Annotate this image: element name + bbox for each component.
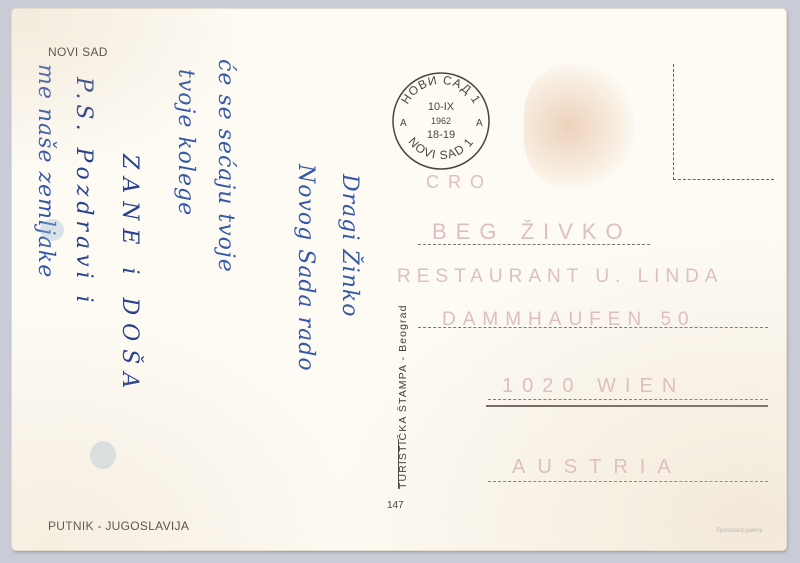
svg-text:1962: 1962 <box>431 116 451 126</box>
message-line-2: će se sećaju tvoje <box>213 59 238 273</box>
svg-text:18-19: 18-19 <box>427 129 455 141</box>
message-line-3: tvoje kolege <box>173 69 198 216</box>
address-rule-solid <box>486 405 768 407</box>
address-line-0: CRO <box>426 172 493 193</box>
postmark: НОВИ САД 1 NOVI SAD 1 A A 10-IX 1962 18-… <box>386 66 496 176</box>
address-rule-2 <box>418 327 768 328</box>
stain <box>524 64 634 189</box>
message-line-6: me naše zemljake <box>33 64 58 278</box>
stamp-box <box>673 64 774 180</box>
message-line-1: Novog Sada rado <box>293 164 318 372</box>
printed-publisher-label: PUTNIK - JUGOSLAVIJA <box>48 519 189 533</box>
message-line-5: P.S. Pozdravi i <box>71 77 96 308</box>
watermark: ©postcard.gallery <box>716 528 763 534</box>
address-rule-3 <box>488 399 768 400</box>
address-line-4: 1020 WIEN <box>502 375 685 398</box>
ink-smudge <box>40 219 64 241</box>
svg-text:10-IX: 10-IX <box>428 101 455 113</box>
address-line-2: RESTAURANT U. LINDA <box>397 266 724 288</box>
svg-text:A: A <box>400 118 407 129</box>
printer-label: TURISTIČKA ŠTAMPA - Beograd <box>397 304 409 489</box>
ink-smudge <box>90 441 116 469</box>
address-rule-1 <box>418 244 650 245</box>
address-rule-4 <box>488 481 768 482</box>
postmark-icon: НОВИ САД 1 NOVI SAD 1 A A 10-IX 1962 18-… <box>386 66 496 176</box>
svg-text:A: A <box>476 118 483 129</box>
printed-city-label: NOVI SAD <box>48 45 108 59</box>
message-line-4: ZANE i DOŠA <box>117 154 142 396</box>
series-number: 147 <box>387 500 404 511</box>
message-line-0: Dragi Žinko <box>337 174 362 317</box>
postcard-back: NOVI SAD PUTNIK - JUGOSLAVIJA НОВИ САД 1… <box>12 9 786 550</box>
address-line-5: AUSTRIA <box>512 456 683 479</box>
address-line-1: BEG ŽIVKO <box>432 219 632 245</box>
